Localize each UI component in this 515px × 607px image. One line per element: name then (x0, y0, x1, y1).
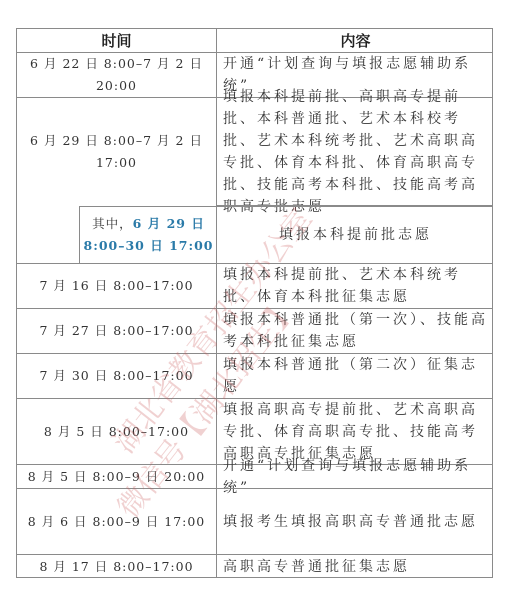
time-cell: 6 月 29 日 8:00–7 月 2 日 17:00 (17, 98, 216, 206)
table-row: 7 月 30 日 8:00–17:00 填报本科普通批（第二次）征集志愿 (17, 353, 492, 398)
table-header-row: 时间 内容 (17, 29, 492, 52)
content-cell: 填报本科提前批、高职高专提前批、本科普通批、艺术本科校考批、艺术本科统考批、艺术… (216, 98, 492, 206)
header-time: 时间 (17, 29, 216, 52)
table-row: 8 月 5 日 8:00–9 日 20:00 开通“计划查询与填报志愿辅助系统” (17, 464, 492, 488)
time-cell: 8 月 5 日 8:00–9 日 20:00 (17, 465, 216, 488)
table-row: 8 月 6 日 8:00–9 日 17:00 填报考生填报高职高专普通批志愿 (17, 488, 492, 554)
time-cell: 7 月 27 日 8:00–17:00 (17, 309, 216, 353)
time-cell: 7 月 30 日 8:00–17:00 (17, 354, 216, 398)
sub-time-highlight-2: 8:00–30 日 17:00 (84, 235, 214, 257)
table-row: 7 月 27 日 8:00–17:00 填报本科普通批（第一次）、技能高考本科批… (17, 308, 492, 353)
table-row: 8 月 17 日 8:00–17:00 高职高专普通批征集志愿 (17, 554, 492, 578)
time-cell: 6 月 22 日 8:00–7 月 2 日 20:00 (17, 53, 216, 97)
table-row: 6 月 29 日 8:00–7 月 2 日 17:00 填报本科提前批、高职高专… (17, 97, 492, 206)
content-cell: 填报考生填报高职高专普通批志愿 (216, 489, 492, 554)
header-content: 内容 (216, 29, 492, 52)
table-row: 7 月 16 日 8:00–17:00 填报本科提前批、艺术本科统考批、体育本科… (17, 263, 492, 308)
time-cell: 8 月 6 日 8:00–9 日 17:00 (17, 489, 216, 554)
content-cell: 高职高专普通批征集志愿 (216, 555, 492, 578)
content-cell: 填报本科普通批（第二次）征集志愿 (216, 354, 492, 398)
time-cell: 8 月 5 日 8:00–17:00 (17, 399, 216, 464)
sub-time-highlight: 6 月 29 日 (133, 216, 205, 231)
schedule-table: 时间 内容 6 月 22 日 8:00–7 月 2 日 20:00 开通“计划查… (16, 28, 493, 578)
content-cell: 填报本科普通批（第一次）、技能高考本科批征集志愿 (216, 309, 492, 353)
content-cell: 填报本科提前批、艺术本科统考批、体育本科批征集志愿 (216, 264, 492, 308)
content-cell: 填报本科提前批志愿 (216, 205, 492, 263)
sub-time-cell: 其中，6 月 29 日 8:00–30 日 17:00 (79, 206, 217, 263)
content-cell: 开通“计划查询与填报志愿辅助系统” (216, 465, 492, 488)
time-cell: 7 月 16 日 8:00–17:00 (17, 264, 216, 308)
table-subrow: 其中，6 月 29 日 8:00–30 日 17:00 填报本科提前批志愿 (17, 206, 492, 263)
time-cell: 8 月 17 日 8:00–17:00 (17, 555, 216, 578)
sub-time-prefix: 其中， (92, 216, 133, 231)
